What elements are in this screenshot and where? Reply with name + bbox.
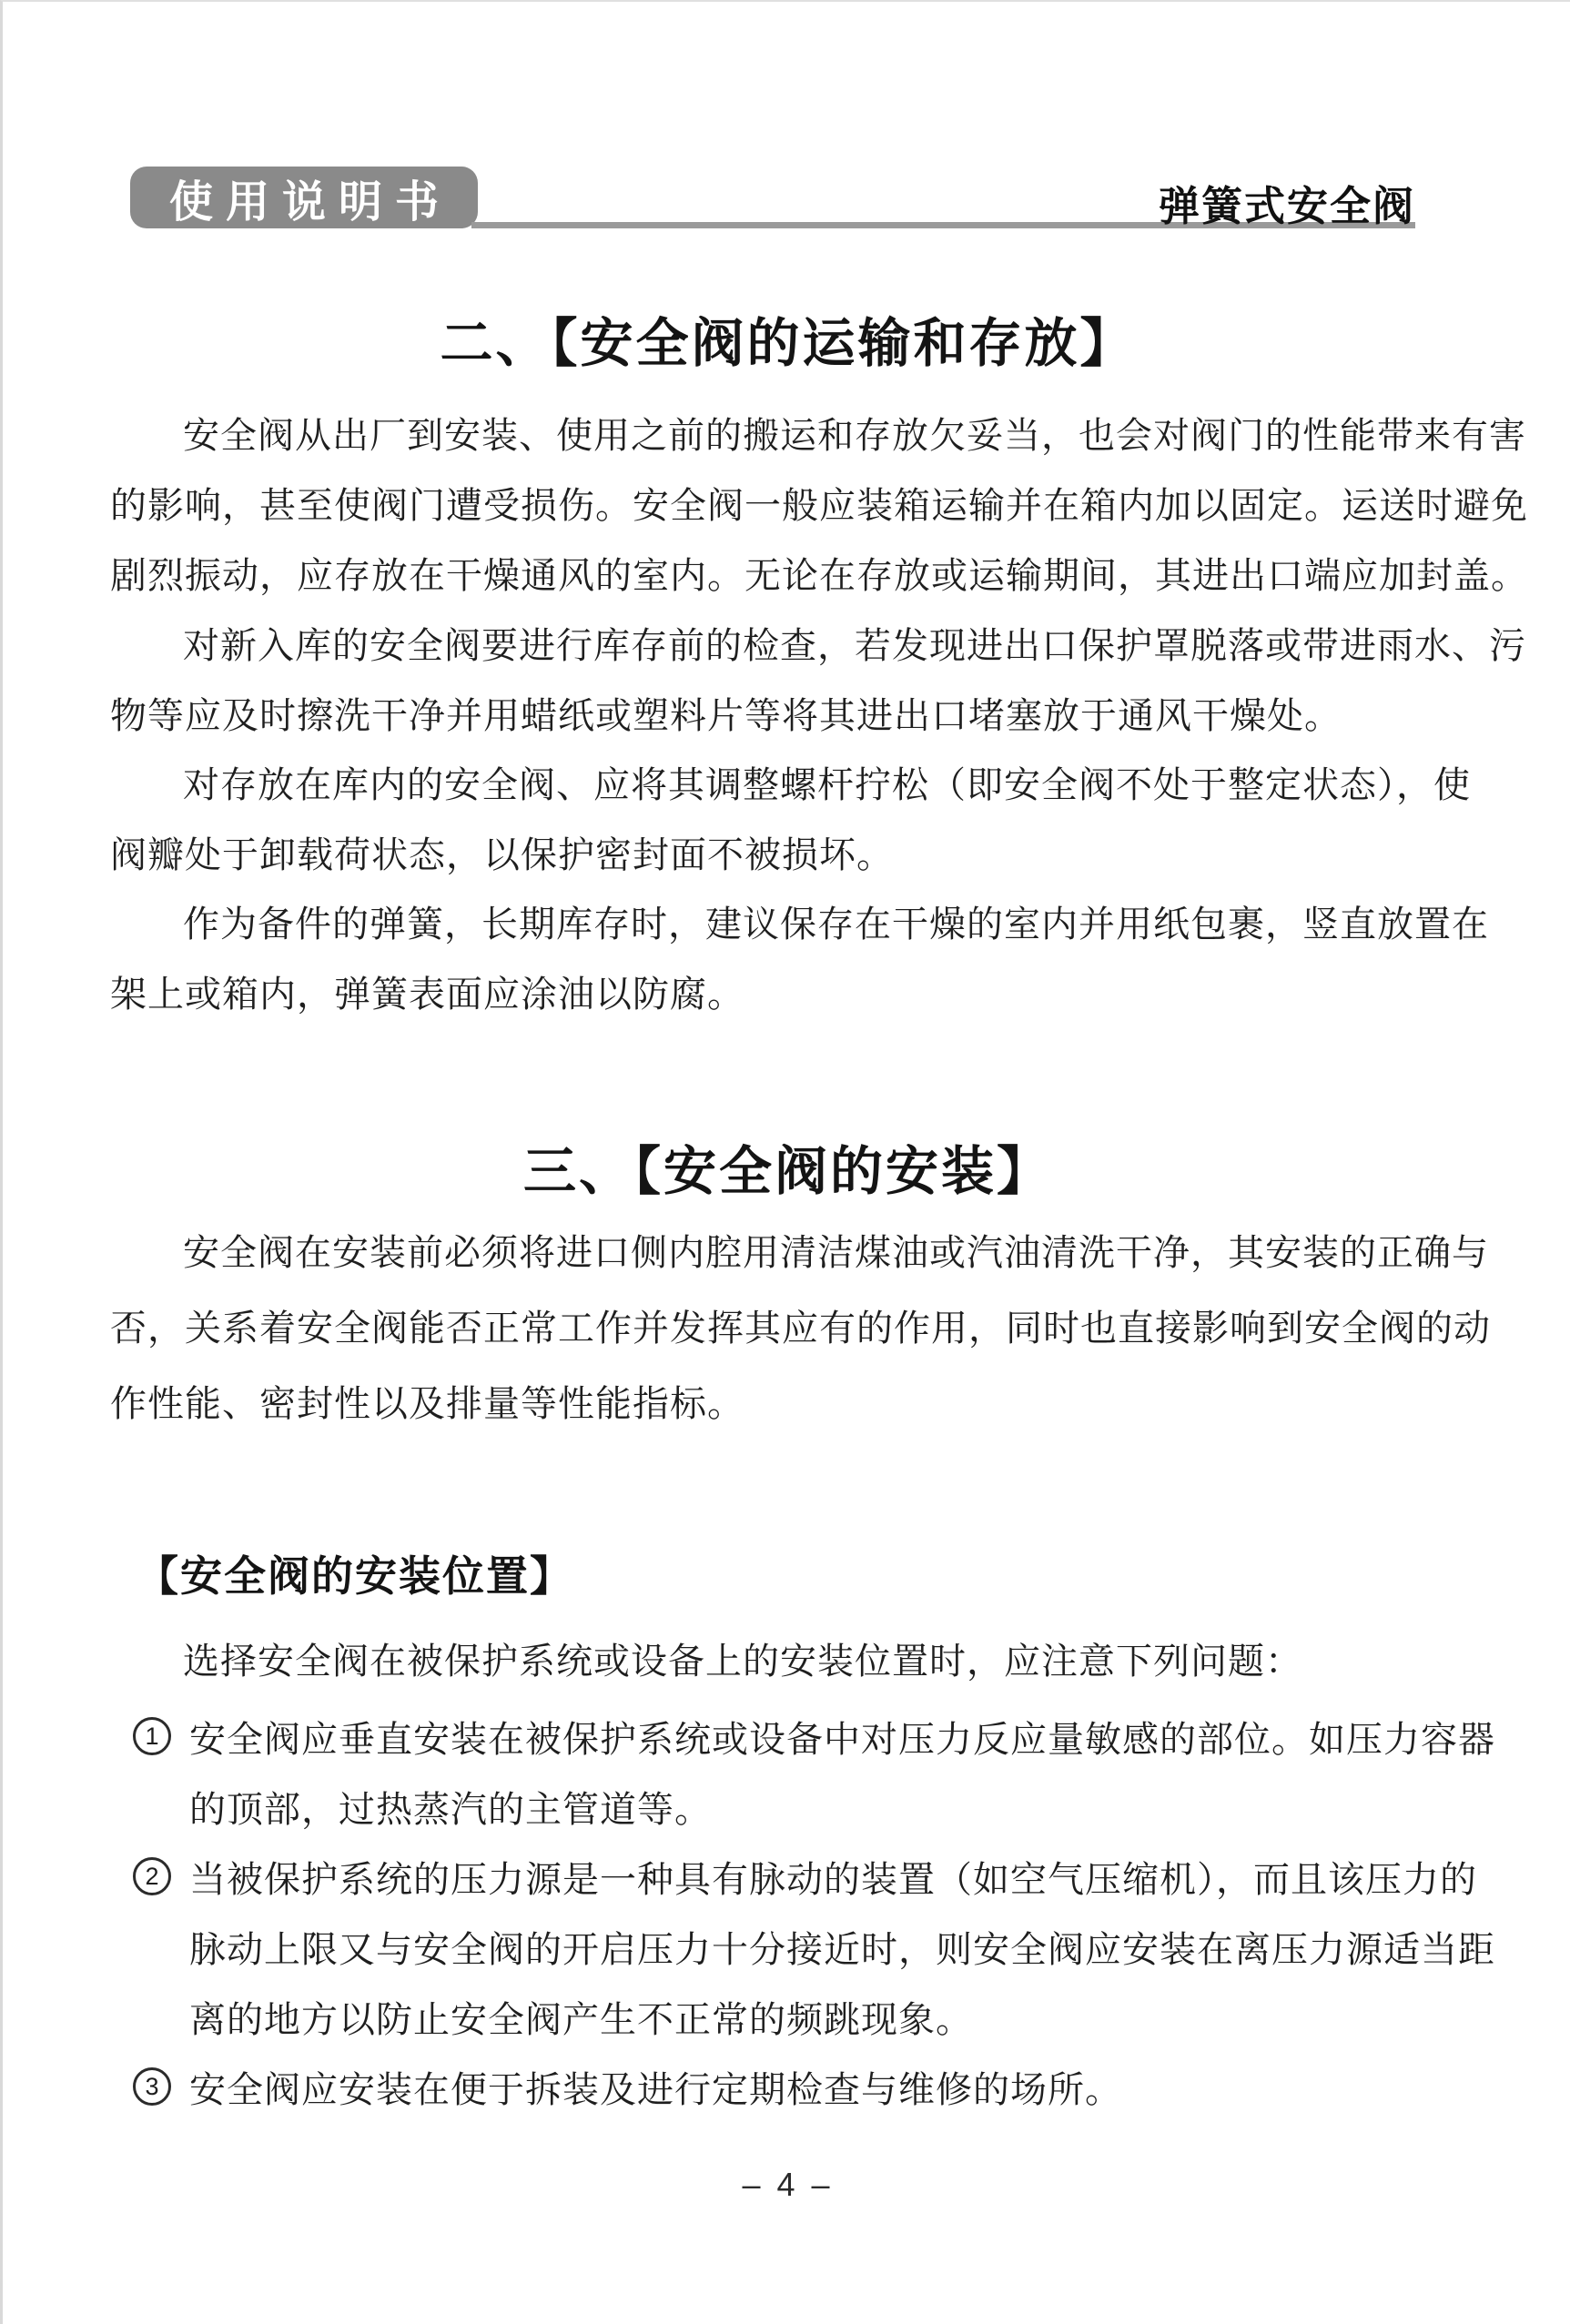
list-item-1-line2: 的顶部，过热蒸汽的主管道等。	[189, 1787, 1468, 1833]
list-number-3: 3	[133, 2067, 171, 2106]
section2-para4-line2: 架上或箱内，弹簧表面应涂油以防腐。	[110, 972, 1468, 1017]
list-number-2: 2	[133, 1857, 171, 1895]
install-position-title: 【安全阀的安装位置】	[137, 1543, 573, 1603]
section2-para3-line1: 对存放在库内的安全阀、应将其调整螺杆拧松（即安全阀不处于整定状态），使	[110, 763, 1541, 808]
list-item-1-line1: 安全阀应垂直安装在被保护系统或设备中对压力反应量敏感的部位。如压力容器	[189, 1717, 1468, 1763]
page-number: – 4 –	[3, 2166, 1570, 2204]
list-item-2-line2: 脉动上限又与安全阀的开启压力十分接近时，则安全阀应安装在离压力源适当距	[189, 1927, 1468, 1973]
section2-para1-line1: 安全阀从出厂到安装、使用之前的搬运和存放欠妥当，也会对阀门的性能带来有害	[110, 413, 1541, 459]
section3-para-line3: 作性能、密封性以及排量等性能指标。	[110, 1381, 1468, 1427]
list-number-1-value: 1	[145, 1723, 158, 1751]
list-number-1: 1	[133, 1717, 171, 1755]
header-badge-label: 使用说明书	[157, 167, 451, 229]
header-doc-title: 弹簧式安全阀	[1159, 173, 1415, 232]
section2-para3-line2: 阀瓣处于卸载荷状态，以保护密封面不被损坏。	[110, 833, 1468, 878]
list-number-2-value: 2	[145, 1863, 158, 1891]
list-item-2-line1: 当被保护系统的压力源是一种具有脉动的装置（如空气压缩机），而且该压力的	[189, 1857, 1468, 1903]
install-position-intro: 选择安全阀在被保护系统或设备上的安装位置时，应注意下列问题：	[110, 1639, 1541, 1684]
section3-title: 三、【安全阀的安装】	[3, 1128, 1570, 1205]
section3-para-line2: 否，关系着安全阀能否正常工作并发挥其应有的作用，同时也直接影响到安全阀的动	[110, 1306, 1468, 1351]
section2-para1-line3: 剧烈振动，应存放在干燥通风的室内。无论在存放或运输期间，其进出口端应加封盖。	[110, 553, 1468, 599]
list-number-3-value: 3	[145, 2073, 158, 2101]
section2-para1-line2: 的影响，甚至使阀门遭受损伤。安全阀一般应装箱运输并在箱内加以固定。运送时避免	[110, 483, 1468, 529]
section3-para-line1: 安全阀在安装前必须将进口侧内腔用清洁煤油或汽油清洗干净，其安装的正确与	[110, 1230, 1541, 1276]
section2-para4-line1: 作为备件的弹簧，长期库存时，建议保存在干燥的室内并用纸包裹，竖直放置在	[110, 902, 1541, 947]
list-item-2-line3: 离的地方以防止安全阀产生不正常的频跳现象。	[189, 1997, 1468, 2043]
section2-para2-line1: 对新入库的安全阀要进行库存前的检查，若发现进出口保护罩脱落或带进雨水、污	[110, 623, 1541, 669]
header-badge: 使用说明书	[130, 167, 478, 228]
section2-title: 二、【安全阀的运输和存放】	[3, 300, 1570, 377]
manual-page: 使用说明书 弹簧式安全阀 二、【安全阀的运输和存放】 安全阀从出厂到安装、使用之…	[0, 0, 1570, 2324]
section2-para2-line2: 物等应及时擦洗干净并用蜡纸或塑料片等将其进出口堵塞放于通风干燥处。	[110, 693, 1468, 739]
list-item-3-line1: 安全阀应安装在便于拆装及进行定期检查与维修的场所。	[189, 2067, 1468, 2113]
